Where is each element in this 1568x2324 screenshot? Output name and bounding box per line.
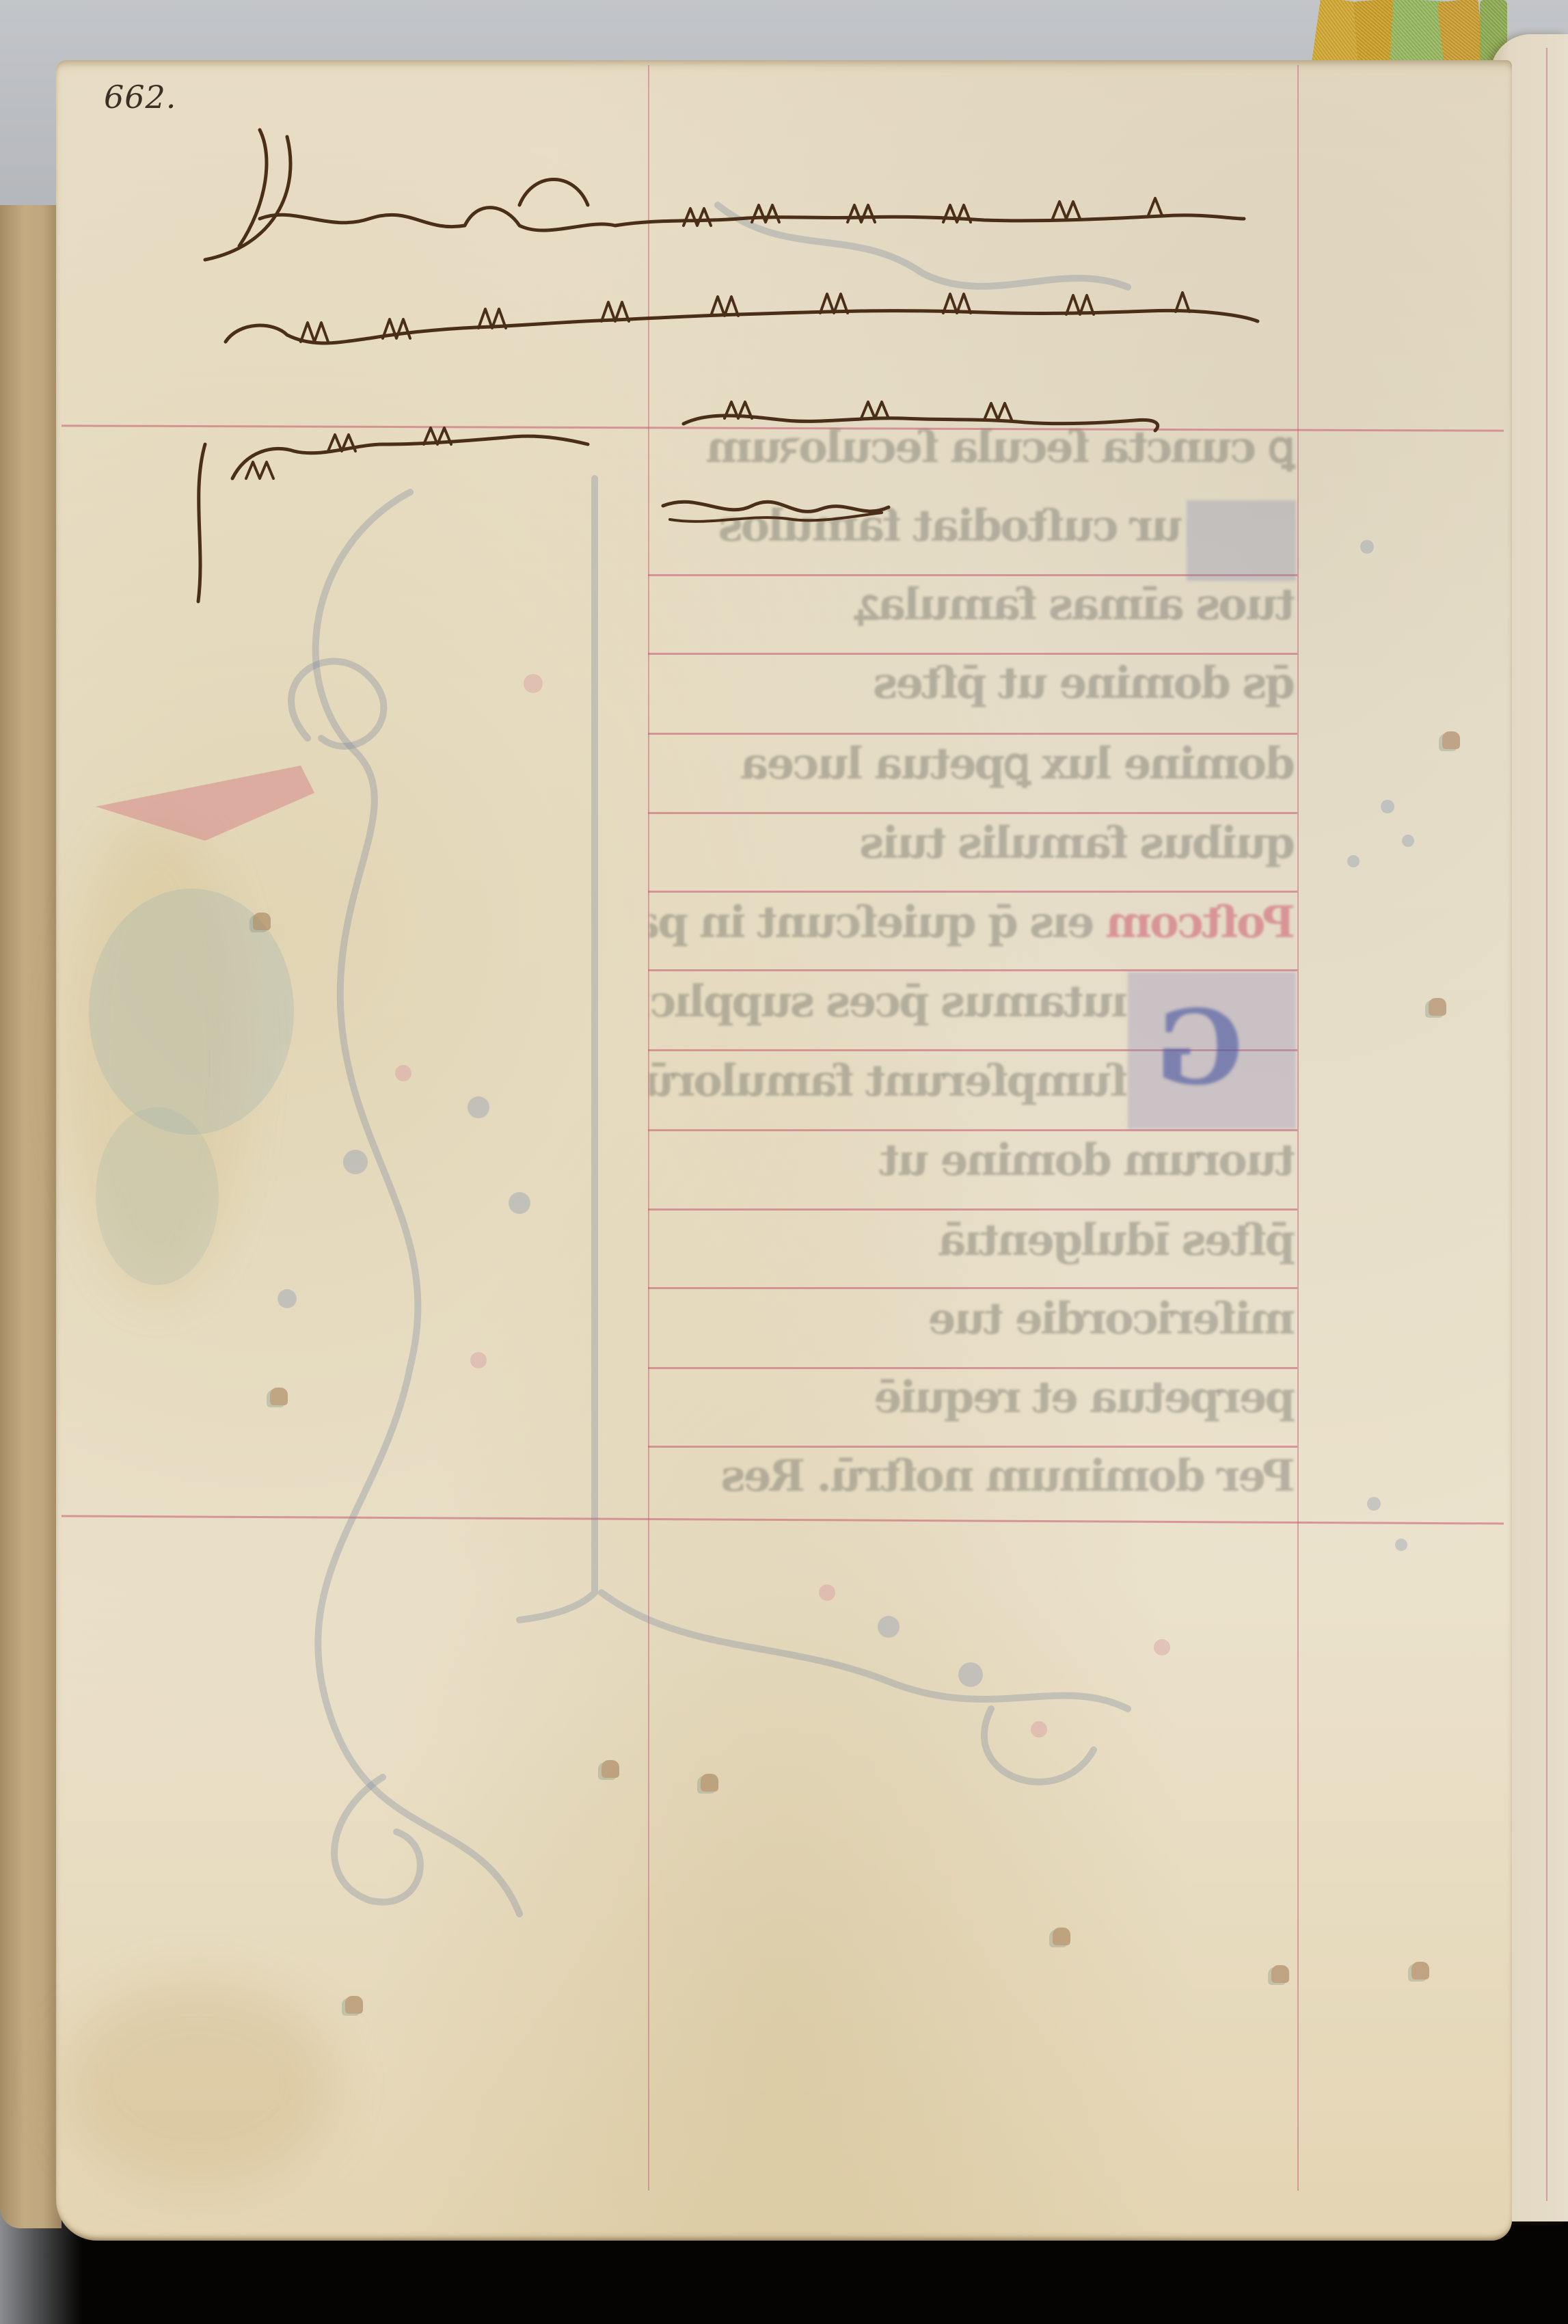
show-through-line-with-rubric: Poſtcom eıs q̄ quieſcunt in pace: [649, 899, 1295, 947]
decorated-initial-g: G: [1155, 988, 1243, 1108]
gold-dot-ornament: [253, 913, 271, 930]
show-through-line: ıutamus p̄ces supplıci: [649, 978, 1128, 1026]
gold-dot-ornament: [1411, 1962, 1429, 1980]
show-through-line: Per dominum noſtrū. Res: [649, 1452, 1295, 1500]
show-through-line: p̄ſtes ı̄dulgentıā: [649, 1217, 1295, 1265]
gold-dot-ornament: [345, 1996, 363, 2014]
show-through-line: perpetua et requiē: [649, 1374, 1295, 1422]
show-through-line: ſumpſerunt famulorū: [649, 1057, 1128, 1105]
show-through-line: q̄s domine ut p̄ſtes: [649, 660, 1295, 707]
gold-dot-ornament: [701, 1774, 718, 1792]
show-through-line: quibus famulis tuis: [649, 820, 1295, 867]
gold-dot-ornament: [1442, 731, 1460, 749]
gold-dot-ornament: [601, 1760, 619, 1778]
gold-dot-ornament: [1429, 998, 1446, 1016]
rubric-text: Poſtcom: [1107, 899, 1295, 947]
show-through-line: miſericordie tue: [649, 1295, 1295, 1343]
show-through-text: eıs q̄ quieſcunt in pace: [649, 899, 1094, 947]
gold-dot-ornament: [1271, 1965, 1289, 1983]
gold-dot-ornament: [1053, 1928, 1070, 1945]
show-through-line: domine lux ꝑpetua lucea: [649, 740, 1295, 788]
gold-dot-ornament: [270, 1388, 288, 1405]
cursive-annotation: [0, 0, 1568, 615]
show-through-line: tuorum domine ut: [649, 1137, 1295, 1185]
